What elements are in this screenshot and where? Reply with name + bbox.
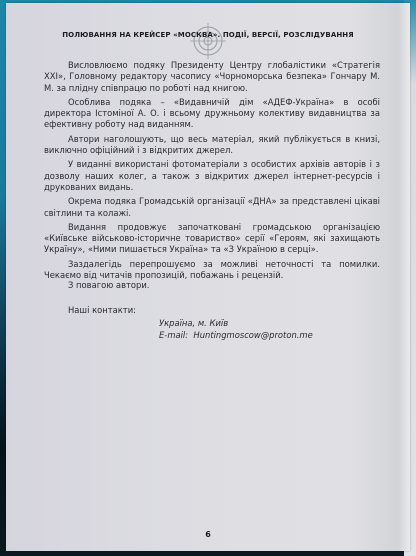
book-page: ПОЛЮВАННЯ НА КРЕЙСЕР «МОСКВА». ПОДІЇ, ВЕ…: [6, 3, 410, 551]
paragraph: Висловлюємо подяку Президенту Центру гло…: [44, 60, 380, 94]
sign-off: З повагою автори.: [68, 280, 149, 290]
paragraph: Видання продовжує започатковані громадсь…: [44, 222, 380, 256]
acknowledgements-text: Висловлюємо подяку Президенту Центру гло…: [44, 60, 380, 284]
paragraph: Автори наголошують, що весь матеріал, як…: [44, 134, 380, 157]
running-header: ПОЛЮВАННЯ НА КРЕЙСЕР «МОСКВА». ПОДІЇ, ВЕ…: [6, 23, 410, 53]
contact-email: E-mail: Huntingmoscow@proton.me: [159, 330, 313, 340]
paragraph: Окрема подяка Громадській організації «Д…: [44, 196, 380, 219]
contacts-label: Наші контакти:: [68, 305, 136, 315]
page-number: 6: [6, 530, 410, 539]
crosshair-icon: [190, 23, 226, 59]
running-title: ПОЛЮВАННЯ НА КРЕЙСЕР «МОСКВА». ПОДІЇ, ВЕ…: [6, 31, 410, 39]
paragraph: Заздалегідь перепрошуємо за можливі нето…: [44, 259, 380, 282]
paragraph: Особлива подяка – «Видавничій дім «АДЕФ-…: [44, 97, 380, 131]
paragraph: У виданні використані фотоматеріали з ос…: [44, 159, 380, 193]
contact-location: Україна, м. Київ: [159, 318, 228, 328]
